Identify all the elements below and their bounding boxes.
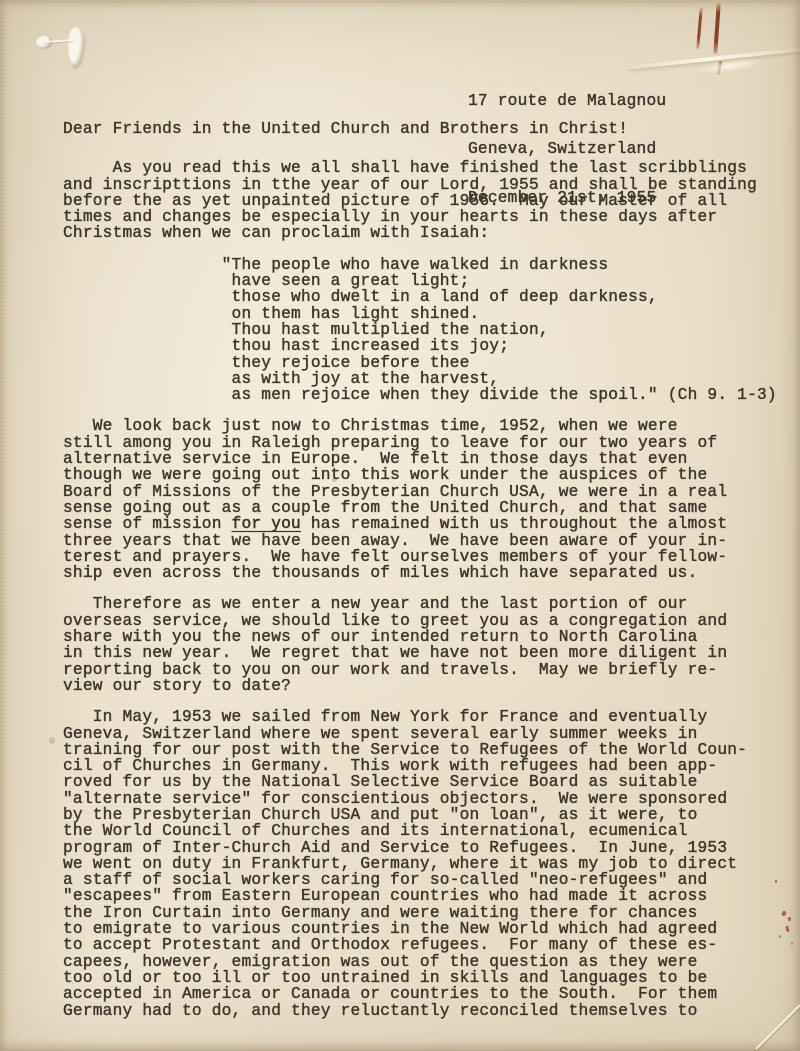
pen-tally-mark bbox=[696, 7, 703, 49]
red-ink-speck bbox=[785, 926, 790, 933]
letter-line: three years that we have been away. We h… bbox=[63, 533, 783, 549]
letter-line: capees, however, emigration was out of t… bbox=[63, 954, 783, 970]
letter-line: they rejoice before thee bbox=[63, 355, 783, 371]
letter-line: accepted in America or Canada or countri… bbox=[63, 986, 783, 1002]
staple-damage-blob bbox=[67, 27, 85, 68]
letter-line: training for our post with the Service t… bbox=[63, 742, 783, 758]
letter-line: alternative service in Europe. We felt i… bbox=[63, 451, 783, 467]
letter-line: In May, 1953 we sailed from New York for… bbox=[63, 709, 783, 725]
paragraph-opening: As you read this we all shall have finis… bbox=[63, 160, 783, 241]
paragraph-looking-back: We look back just now to Christmas time,… bbox=[63, 418, 783, 581]
letter-line: and inscripttions in tthe year of our Lo… bbox=[63, 177, 783, 193]
letter-line: by the Presbyterian Church USA and put "… bbox=[63, 807, 783, 823]
pen-tally-mark bbox=[713, 3, 720, 54]
red-ink-speck bbox=[791, 942, 793, 945]
letter-line: sense going out as a couple from the Uni… bbox=[63, 500, 783, 516]
letter-line: view our story to date? bbox=[63, 678, 783, 694]
letter-line: "The people who have walked in darkness bbox=[63, 257, 783, 273]
underlined-text: for you bbox=[232, 515, 301, 533]
letter-line: too old or too ill or too untrained in s… bbox=[63, 970, 783, 986]
letter-line: Christmas when we can proclaim with Isai… bbox=[63, 225, 783, 241]
letter-line: have seen a great light; bbox=[63, 273, 783, 289]
letter-line: thou hast increased its joy; bbox=[63, 338, 783, 354]
red-ink-speck bbox=[788, 917, 791, 921]
letter-line: the Iron Curtain into Germany and were w… bbox=[63, 905, 783, 921]
paragraph-new-year: Therefore as we enter a new year and the… bbox=[63, 596, 783, 694]
letter-line: roved for us by the National Selective S… bbox=[63, 774, 783, 790]
letter-body-paragraphs: As you read this we all shall have finis… bbox=[63, 160, 783, 1019]
letter-line: "alternate service" for conscientious ob… bbox=[63, 791, 783, 807]
paragraph-story-1953: In May, 1953 we sailed from New York for… bbox=[63, 709, 783, 1019]
letter-line: Therefore as we enter a new year and the… bbox=[63, 596, 783, 612]
letter-line: the World Council of Churches and its in… bbox=[63, 823, 783, 839]
letter-line: before the as yet unpainted picture of 1… bbox=[63, 193, 783, 209]
letter-line: those who dwelt in a land of deep darkne… bbox=[63, 289, 783, 305]
letter-line: Germany had to do, and they reluctantly … bbox=[63, 1003, 783, 1019]
letter-line: we went on duty in Frankfurt, Germany, w… bbox=[63, 856, 783, 872]
letter-line: Geneva, Switzerland where we spent sever… bbox=[63, 726, 783, 742]
letter-line: share with you the news of our intended … bbox=[63, 629, 783, 645]
letter-line: terest and prayers. We have felt ourselv… bbox=[63, 549, 783, 565]
letter-line: to emigrate to various countries in the … bbox=[63, 921, 783, 937]
letter-line: As you read this we all shall have finis… bbox=[63, 160, 783, 176]
letter-line: Thou hast multiplied the nation, bbox=[63, 322, 783, 338]
sender-address-line-1: 17 route de Malagnou bbox=[468, 93, 666, 109]
letter-line: to accept Protestant and Orthodox refuge… bbox=[63, 937, 783, 953]
letter-line: cil of Churches in Germany. This work wi… bbox=[63, 758, 783, 774]
salutation: Dear Friends in the United Church and Br… bbox=[63, 121, 783, 137]
letter-line: sense of mission for you has remained wi… bbox=[63, 516, 783, 532]
letter-line: overseas service, we should like to gree… bbox=[63, 613, 783, 629]
letter-line: reporting back to you on our work and tr… bbox=[63, 662, 783, 678]
letter-line: as with joy at the harvest, bbox=[63, 371, 783, 387]
letter-line: "escapees" from Eastern European countri… bbox=[63, 888, 783, 904]
letter-line: Board of Missions of the Presbyterian Ch… bbox=[63, 484, 783, 500]
letter-body: Dear Friends in the United Church and Br… bbox=[63, 121, 783, 1034]
letter-line: as men rejoice when they divide the spoi… bbox=[63, 387, 783, 403]
letter-line: program of Inter-Church Aid and Service … bbox=[63, 840, 783, 856]
letter-line: still among you in Raleigh preparing to … bbox=[63, 435, 783, 451]
letter-line: on them has light shined. bbox=[63, 306, 783, 322]
letter-scan-page: 17 route de Malagnou Geneva, Switzerland… bbox=[0, 0, 800, 1051]
letter-line: We look back just now to Christmas time,… bbox=[63, 418, 783, 434]
letter-line: though we were going out into this work … bbox=[63, 467, 783, 483]
scripture-quote-isaiah: "The people who have walked in darkness … bbox=[63, 257, 783, 404]
letter-line: ship even across the thousands of miles … bbox=[63, 565, 783, 581]
paper-stain-speck bbox=[49, 737, 55, 744]
letter-line: in this new year. We regret that we have… bbox=[63, 645, 783, 661]
